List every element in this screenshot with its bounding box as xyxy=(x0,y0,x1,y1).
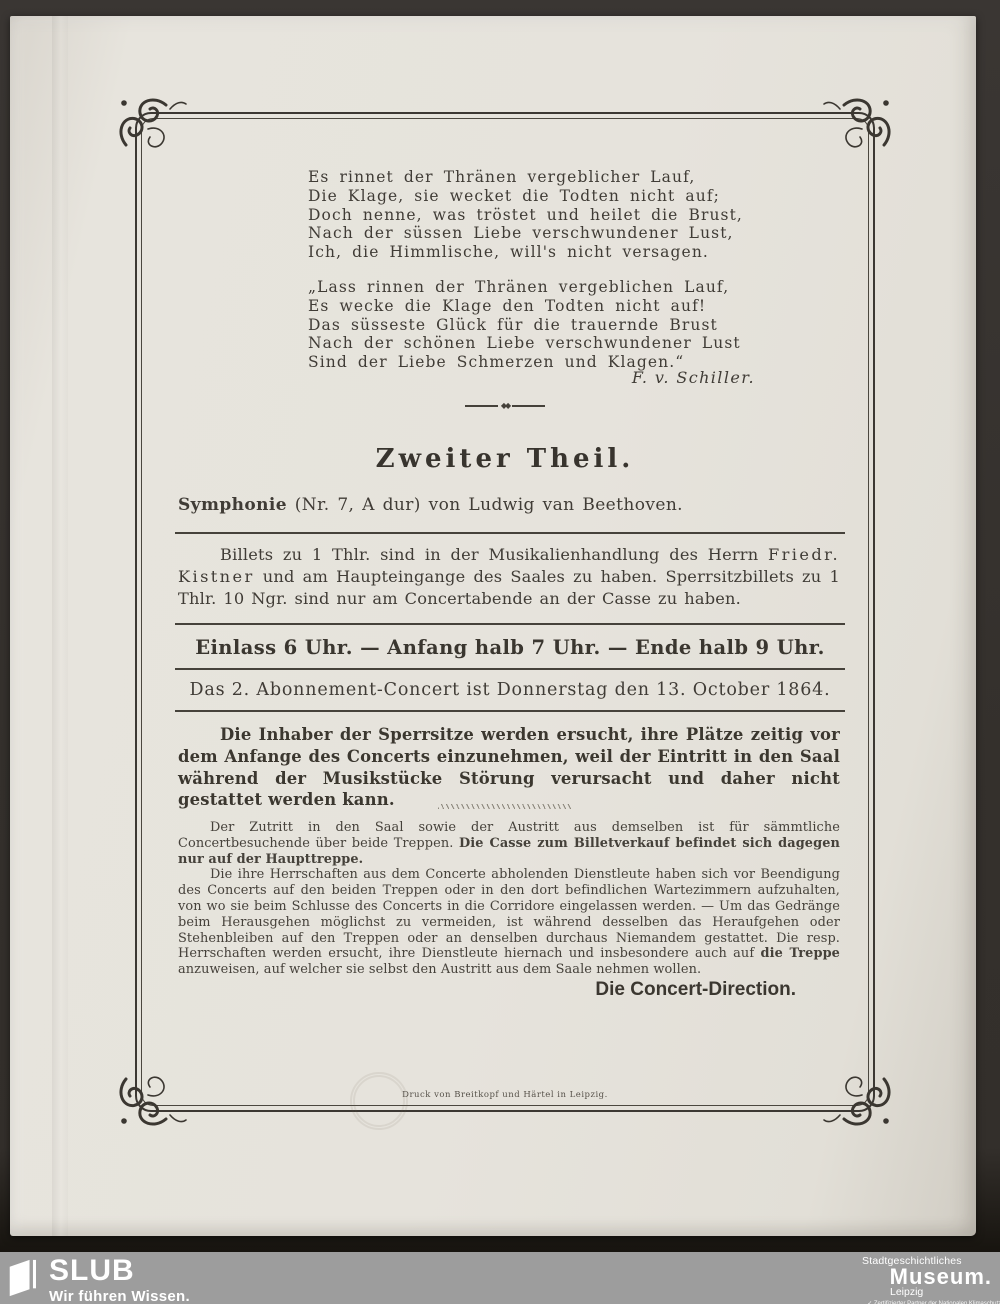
notice-paragraph: Die ihre Herrschaften aus dem Concerte a… xyxy=(178,867,840,978)
corner-flourish-icon xyxy=(812,1049,892,1129)
horizontal-rule xyxy=(175,668,845,670)
poem-line: Es rinnet der Thränen vergeblicher Lauf, xyxy=(308,168,768,187)
embossed-stamp xyxy=(350,1072,408,1130)
symphony-composition: Symphonie xyxy=(178,495,287,515)
seat-notice-paragraph: Die Inhaber der Sperrsitze werden ersuch… xyxy=(178,724,840,811)
poem-stanza-2: „Lass rinnen der Thränen vergeblichen La… xyxy=(308,278,768,372)
small-print-notices: Der Zutritt in den Saal sowie der Austri… xyxy=(178,820,840,978)
section-divider-icon: ◆◆ xyxy=(465,402,545,410)
book-icon xyxy=(8,1258,39,1298)
horizontal-rule xyxy=(175,623,845,625)
viewer-background: Es rinnet der Thränen vergeblicher Lauf,… xyxy=(0,0,1000,1304)
poem-line: „Lass rinnen der Thränen vergeblichen La… xyxy=(308,278,768,297)
slub-tagline: Wir führen Wissen. xyxy=(49,1288,190,1304)
poem-line: Doch nenne, was tröstet und heilet die B… xyxy=(308,206,768,225)
tickets-text: und am Haupteingange des Saales zu haben… xyxy=(178,567,840,608)
notice-paragraph: Der Zutritt in den Saal sowie der Austri… xyxy=(178,820,840,867)
hatch-divider xyxy=(438,804,573,809)
signature-line: Die Concert-Direction. xyxy=(178,979,840,1001)
poem-attribution: F. v. Schiller. xyxy=(308,368,755,387)
viewer-footer-bar: SLUB Wir führen Wissen. Stadtgeschichtli… xyxy=(0,1252,1000,1304)
poem-line: Das süsseste Glück für die trauernde Bru… xyxy=(308,316,768,335)
poem-line: Ich, die Himmlische, will's nicht versag… xyxy=(308,243,768,262)
slub-name: SLUB xyxy=(49,1256,190,1286)
notice-text: Die ihre Herrschaften aus dem Concerte a… xyxy=(178,867,840,961)
corner-flourish-icon xyxy=(812,95,892,175)
slub-text: SLUB Wir führen Wissen. xyxy=(49,1256,190,1304)
printer-line: Druck von Breitkopf und Härtel in Leipzi… xyxy=(135,1090,875,1100)
tickets-paragraph: Billets zu 1 Thlr. sind in der Musikalie… xyxy=(178,544,840,609)
poem-stanza-1: Es rinnet der Thränen vergeblicher Lauf,… xyxy=(308,168,768,262)
scanned-page: Es rinnet der Thränen vergeblicher Lauf,… xyxy=(10,16,976,1236)
notice-text: anzuweisen, auf welcher sie selbst den A… xyxy=(178,962,701,977)
slub-logo[interactable]: SLUB Wir führen Wissen. xyxy=(8,1256,190,1304)
part-heading: Zweiter Theil. xyxy=(135,444,875,474)
poem-line: Die Klage, sie wecket die Todten nicht a… xyxy=(308,187,768,206)
symphony-details: (Nr. 7, A dur) von Ludwig van Beethoven. xyxy=(287,495,683,515)
symphony-line: Symphonie (Nr. 7, A dur) von Ludwig van … xyxy=(178,495,848,515)
tickets-text: Billets zu 1 Thlr. sind in der Musikalie… xyxy=(220,545,768,564)
notice-bold-text: die Treppe xyxy=(760,946,840,961)
poem-line: Es wecke die Klage den Todten nicht auf! xyxy=(308,297,768,316)
poem-line: Nach der süssen Liebe verschwundener Lus… xyxy=(308,224,768,243)
corner-flourish-icon xyxy=(118,1049,198,1129)
museum-certification: ✓ Zertifizierter Partner der Nationalen … xyxy=(867,1299,987,1304)
horizontal-rule xyxy=(175,532,845,534)
times-line: Einlass 6 Uhr. — Anfang halb 7 Uhr. — En… xyxy=(175,636,845,659)
horizontal-rule xyxy=(175,710,845,712)
museum-line2: Museum. xyxy=(862,1267,992,1287)
paper-crease xyxy=(52,16,68,1236)
museum-logo[interactable]: Stadtgeschichtliches Museum. Leipzig ✓ Z… xyxy=(862,1255,992,1304)
poem-line: Nach der schönen Liebe verschwundener Lu… xyxy=(308,334,768,353)
corner-flourish-icon xyxy=(118,95,198,175)
next-concert-line: Das 2. Abonnement-Concert ist Donnerstag… xyxy=(175,680,845,700)
